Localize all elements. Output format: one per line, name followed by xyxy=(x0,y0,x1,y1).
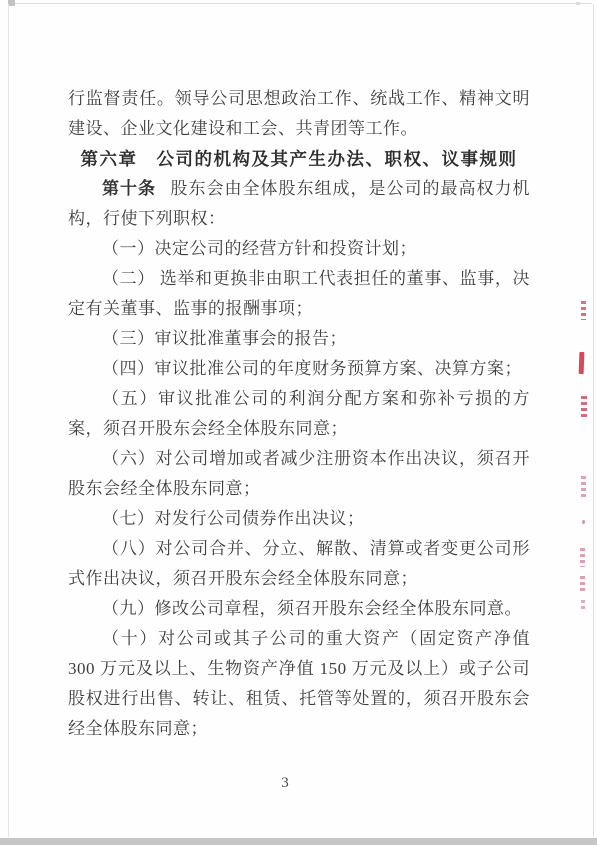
scan-edge-left xyxy=(8,4,9,837)
scanned-document-page: 行监督责任。领导公司思想政治工作、统战工作、精神文明建设、企业文化建设和工会、共… xyxy=(0,0,597,845)
seal-fragment xyxy=(581,396,587,417)
scan-edge-top xyxy=(10,3,592,4)
scan-edge-bottom xyxy=(0,838,597,845)
seal-fragment xyxy=(581,600,585,612)
article-item: （三）审议批准董事会的报告； xyxy=(68,324,530,354)
article-item: （二） 选举和更换非由职工代表担任的董事、监事，决定有关董事、监事的报酬事项； xyxy=(68,264,530,324)
seal-fragment xyxy=(580,548,585,567)
seal-fragment xyxy=(579,352,585,374)
article-item: （六）对公司增加或者减少注册资本作出决议，须召开股东会经全体股东同意； xyxy=(68,444,530,504)
chapter-heading: 第六章 公司的机构及其产生办法、职权、议事规则 xyxy=(68,144,530,174)
document-body: 行监督责任。领导公司思想政治工作、统战工作、精神文明建设、企业文化建设和工会、共… xyxy=(68,84,530,744)
article-item: （四）审议批准公司的年度财务预算方案、决算方案； xyxy=(68,354,530,384)
article-item: （八）对公司合并、分立、解散、清算或者变更公司形式作出决议，须召开股东会经全体股… xyxy=(68,534,530,594)
scan-corner-mark xyxy=(576,2,580,5)
seal-fragment xyxy=(581,301,586,320)
seal-fragment xyxy=(581,476,586,497)
scan-edge-right xyxy=(593,4,594,837)
scan-corner-mark xyxy=(8,0,15,6)
paragraph-continuation: 行监督责任。领导公司思想政治工作、统战工作、精神文明建设、企业文化建设和工会、共… xyxy=(68,84,530,144)
article-item: （七）对发行公司债券作出决议； xyxy=(68,504,530,534)
article-item: （五）审议批准公司的利润分配方案和弥补亏损的方案，须召开股东会经全体股东同意； xyxy=(68,384,530,444)
article-number-label: 第十条 xyxy=(102,179,156,198)
seal-fragment xyxy=(580,576,585,594)
article-paragraph: 第十条股东会由全体股东组成，是公司的最高权力机构，行使下列职权： xyxy=(68,174,530,234)
seal-fragment xyxy=(582,520,585,524)
page-number: 3 xyxy=(0,775,570,792)
article-item: （十）对公司或其子公司的重大资产（固定资产净值 300 万元及以上、生物资产净值… xyxy=(68,624,530,744)
article-item: （九）修改公司章程，须召开股东会经全体股东同意。 xyxy=(68,594,530,624)
article-item: （一）决定公司的经营方针和投资计划； xyxy=(68,234,530,264)
